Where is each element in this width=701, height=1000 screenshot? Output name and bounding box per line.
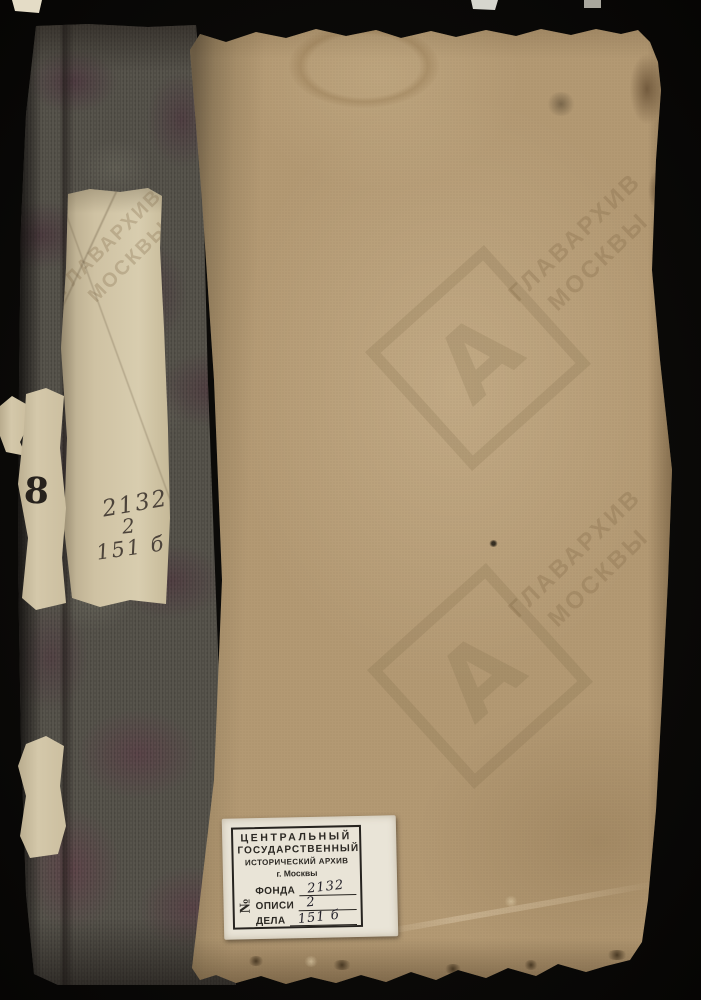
spine-label: ГЛАВАРХИВ МОСКВЫ 2132 2 151 б <box>60 188 176 608</box>
archive-stamp-label: ЦЕНТРАЛЬНЫЙ ГОСУДАРСТВЕННЫЙ ИСТОРИЧЕСКИЙ… <box>222 815 398 940</box>
watermark-line: ГЛАВАРХИВ <box>488 468 662 638</box>
grime-spot <box>444 964 462 974</box>
edge-damage <box>648 170 666 210</box>
ink-speck <box>489 540 498 547</box>
grime-spot <box>332 960 352 970</box>
stamp-title-line: ГОСУДАРСТВЕННЫЙ <box>237 843 355 856</box>
watermark-line: ГЛАВАРХИВ <box>488 152 662 322</box>
stamp-title-line: ИСТОРИЧЕСКИЙ АРХИВ <box>238 856 356 867</box>
pale-spot <box>304 956 318 967</box>
stamp-title-line: ЦЕНТРАЛЬНЫЙ <box>237 830 355 844</box>
fond-label: ФОНДА <box>255 885 295 897</box>
embossed-watermark-text: ГЛАВАРХИВ МОСКВЫ <box>488 152 686 346</box>
grime-spot <box>606 950 628 960</box>
dark-smudge <box>546 92 576 116</box>
scratch-line <box>366 880 662 938</box>
stamp-border-box: ЦЕНТРАЛЬНЫЙ ГОСУДАРСТВЕННЫЙ ИСТОРИЧЕСКИЙ… <box>231 825 363 930</box>
watermark-line: МОСКВЫ <box>511 177 685 347</box>
partial-handwritten-digit: 8 <box>23 469 50 512</box>
opis-value-handwritten: 2 <box>305 895 316 911</box>
grime-spot <box>248 956 264 966</box>
water-stain <box>289 24 439 108</box>
archival-file-cover-scan: ГЛАВАРХИВ МОСКВЫ А ГЛАВАРХИВ МОСКВЫ А ГЛ… <box>0 0 701 1000</box>
delo-underline: 151 б <box>289 909 357 926</box>
stamp-fields: № ФОНДА 2132 ОПИСИ 2 <box>238 879 357 930</box>
embossed-watermark-text: ГЛАВАРХИВ МОСКВЫ <box>488 468 686 662</box>
grime-spot <box>524 960 538 970</box>
delo-value-handwritten: 151 б <box>297 908 340 927</box>
paper-tab <box>12 0 42 13</box>
watermark-letter: А <box>413 292 543 425</box>
handwritten-delo-number: 151 б <box>95 531 167 564</box>
glavarkhiv-logo-watermark: А <box>367 563 593 789</box>
handwritten-fond-number: 2132 <box>100 485 170 522</box>
pale-spot <box>504 896 518 907</box>
delo-row: ДЕЛА 151 б <box>256 910 357 927</box>
corner-damage <box>630 54 664 124</box>
glavarkhiv-logo-watermark: А <box>365 245 591 471</box>
paper-tab <box>471 0 498 10</box>
number-sign: № <box>238 881 254 930</box>
watermark-letter: А <box>415 610 545 743</box>
paper-tab <box>584 0 601 8</box>
watermark-line: МОСКВЫ <box>511 493 685 663</box>
delo-label: ДЕЛА <box>256 916 286 928</box>
stamp-field-rows: ФОНДА 2132 ОПИСИ 2 ДЕЛА 1 <box>253 879 357 930</box>
